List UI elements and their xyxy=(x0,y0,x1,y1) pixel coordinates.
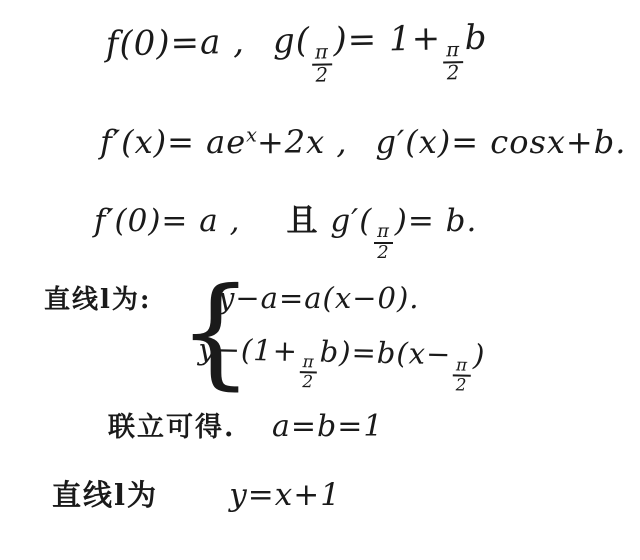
eq3-f-part: f′(0)= a , xyxy=(94,203,240,239)
equation-line-2: f′(x)= aex+2x ,g′(x)= cosx+b. xyxy=(100,124,626,161)
eq2-f-pre: f′(x)= ae xyxy=(100,123,246,161)
sys-eq2-part-b: b)=b(x− xyxy=(319,335,451,372)
equation-line-1: f(0)=a ,g(π2)= 1+π2b xyxy=(105,19,488,90)
conclusion-2-result: y=x+1 xyxy=(229,477,341,513)
conclusion-1-label: 联立可得. xyxy=(108,412,235,443)
eq3-g-open: g′( xyxy=(330,203,372,239)
eq1-g-open: g( xyxy=(273,21,311,62)
eq3-g-close: )= b. xyxy=(395,203,478,239)
eq2-f-post: +2x , xyxy=(257,123,348,161)
pi-over-2-fraction: π2 xyxy=(443,40,463,84)
equation-line-3: f′(0)= a ,且 g′(π2)= b. xyxy=(94,204,477,263)
conclusion-line-2: 直线l为 y=x+1 xyxy=(52,478,341,514)
eq1-g-close: )= 1+ xyxy=(333,18,441,60)
pi-over-2-fraction: π2 xyxy=(374,223,392,263)
sys-eq2-part-c: ) xyxy=(473,338,486,372)
system-equation-2: y−(1+π2b)=b(x−π2) xyxy=(197,333,485,394)
eq3-conjunction: 且 xyxy=(286,203,319,239)
system-label: 直线l为: xyxy=(44,286,151,316)
eq2-g-part: g′(x)= cosx+b. xyxy=(376,123,627,161)
pi-over-2-fraction: π2 xyxy=(312,42,332,86)
pi-over-2-fraction: π2 xyxy=(453,356,471,394)
system-equation-1: y−a=a(x−0). xyxy=(218,282,420,315)
conclusion-line-1: 联立可得. a=b=1 xyxy=(108,410,383,445)
eq1-coef-var: b xyxy=(464,18,487,58)
sys-eq2-part-a: y−(1+ xyxy=(198,332,298,368)
conclusion-2-label: 直线l为 xyxy=(52,478,158,512)
conclusion-1-result: a=b=1 xyxy=(272,409,383,444)
pi-over-2-fraction: π2 xyxy=(299,353,317,391)
eq1-f-part: f(0)=a , xyxy=(105,22,245,64)
handwritten-math-sheet: f(0)=a ,g(π2)= 1+π2b f′(x)= aex+2x ,g′(x… xyxy=(0,0,640,560)
eq2-exponent: x xyxy=(246,123,257,146)
